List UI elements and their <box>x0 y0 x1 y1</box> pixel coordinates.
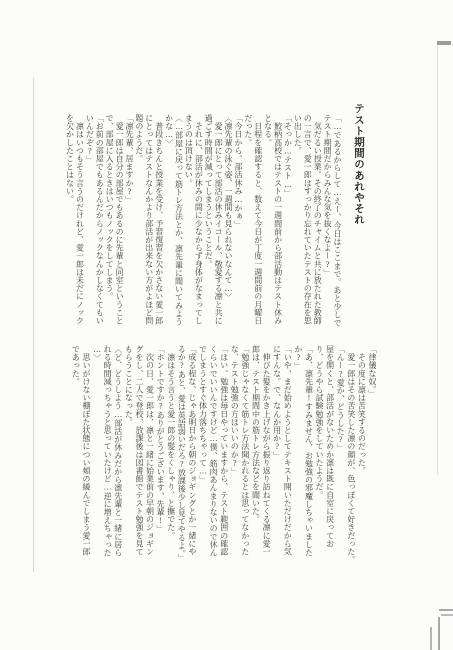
text-line: 屋を開くと、部活がないためか凛は既に自室に戻ってお <box>324 345 335 585</box>
text-line: くらいでいいんですけど…僕、筋肉あんまりないので休ん <box>208 345 219 585</box>
text-line: 普段きちんと授業を受け、予習復習を欠かさない愛一郎 <box>154 114 164 338</box>
text-line: を欠かしたことはない。 <box>65 114 75 338</box>
text-line: 「あ、凛先輩!すみません、お勉強の邪魔しちゃいました <box>303 345 314 585</box>
text-line: 「ホントですか?ありがとうございます、先輩!」 <box>155 345 166 585</box>
text-line: るか?あと、愛は英語弱いだろ?放課後少し見てやるよ。」 <box>176 345 187 585</box>
text-line: 「はい、勉強は毎日やっていますから、テスト範囲の確認 <box>218 345 229 585</box>
text-line: 「んー?愛か、どうした?」 <box>335 345 346 585</box>
text-line: 次の日、愛一郎は、凛と一緒に始業前の早朝のジョギン <box>144 345 155 585</box>
text-line: 「そっか…テスト…」 <box>283 114 293 338</box>
text-line: の一言で、愛一郎はすっかり忘れていたテストの存在を思 <box>302 114 312 338</box>
text-line: 思いがけない棚ぼた状態につい頬の緩んでしまう愛一郎 <box>80 345 91 585</box>
text-line: 過ごす時間が減ってしまうということだ。 <box>203 114 213 338</box>
lower-text-columns: 「律儀な奴。」 その度に凛は苦笑するのだった。 愛一郎はその苦笑した凛の顔が、色… <box>70 345 377 585</box>
text-line: かな…〉 <box>164 114 174 338</box>
scan-corner-mark <box>430 627 432 650</box>
text-line: 〈凛先輩の泳ぐ姿、一週間も見られないなんて…〉 <box>223 114 233 338</box>
text-line: 「凛先輩、居ますか?」 <box>124 114 134 338</box>
text-line: 題のようだ。 <box>134 114 144 338</box>
story-title: テスト期間のあれやそれ <box>350 103 366 338</box>
text-line: 凛はいつもそう言うのだけれど、愛一郎は未だにノック <box>75 114 85 338</box>
scan-corner-mark <box>439 609 453 611</box>
scan-edge-line-left <box>33 78 34 572</box>
text-line: り、どうやら試験勉強をしていたようだ。 <box>313 345 324 585</box>
upper-text-band: テスト期間のあれやそれ 「…であるからして…えー、今日はここまで。あと少しでテス… <box>65 103 372 338</box>
text-line: 「成る程な、じゃあ明日から朝のジョギングとか一緒にや <box>186 345 197 585</box>
text-line: 「勉強じゃなくて筋トレ方法聞かれるとは思ってなかった <box>239 345 250 585</box>
text-line: グをし、二人で登校、放課後は図書館でテスト勉強を見て <box>133 345 144 585</box>
text-line: にすんな。で、なんか用か?」 <box>271 345 282 585</box>
text-line: い出した。 <box>292 114 302 338</box>
text-line: れる時間減っちゃうと思っていたけど…逆に増えちゃった <box>102 345 113 585</box>
text-line: 愛一郎はその苦笑した凛の顔が、色っぽくて好きだった。 <box>345 345 356 585</box>
text-line: となる。 <box>263 114 273 338</box>
text-line: 伸びた髪をかき上げながら振り返り訪ねてくる凛に愛一 <box>260 345 271 585</box>
text-line: その度に凛は苦笑するのだった。 <box>356 345 367 585</box>
lower-text-band: 「律儀な奴。」 その度に凛は苦笑するのだった。 愛一郎はその苦笑した凛の顔が、色… <box>70 345 377 585</box>
text-line: 愛一郎にとって部活の休みイコール、敬愛する凛と共に <box>213 114 223 338</box>
text-line: 「お前の部屋でもあるんだからノックなんかしなくてもい <box>94 114 104 338</box>
text-line: だった。 <box>243 114 253 338</box>
manuscript-page: テスト期間のあれやそれ 「…であるからして…えー、今日はここまで。あと少しでテス… <box>0 0 453 650</box>
text-line: であった。 <box>70 345 81 585</box>
text-line: 愛一郎は自分の部屋でもあるのに先輩と同室ということ <box>114 114 124 338</box>
text-line: …〉 <box>91 345 102 585</box>
text-line: もらうことになった。 <box>123 345 134 585</box>
text-line: 「いや、まだ始めようとしてテキスト開いただけだから気 <box>282 345 293 585</box>
text-line: 鮫柄高校ではテストの一週間前から部活動はテスト休み <box>273 114 283 338</box>
scan-corner-mark <box>438 617 440 650</box>
text-line: か?」 <box>292 345 303 585</box>
scan-mark-top-right <box>437 41 451 45</box>
text-line: いんだぞ?」 <box>84 114 94 338</box>
text-line: 〈ど、どうしよう…部活が休みだから凛先輩と一緒に居ら <box>112 345 123 585</box>
text-line: 「…であるからして…えー、今日はここまで。あと少しで <box>332 114 342 338</box>
text-line: 気だるい授業。その終了のチャイムと共に放たれた教師 <box>312 114 322 338</box>
scan-edge-line-right <box>437 45 438 475</box>
text-line: 日程を確認すると、数えて今日が丁度一週間前の月曜日 <box>253 114 263 338</box>
text-line: にとってはテストなんかより部活が出来ない方がよほど問 <box>144 114 154 338</box>
text-line: テスト期間だからみんな気を抜くなよー?」 <box>322 114 332 338</box>
text-line: でしまうとすぐ体力落ちちゃって…」 <box>197 345 208 585</box>
text-line: な、テスト勉強の方はいいのか?」 <box>229 345 240 585</box>
scan-corner-mark <box>441 614 453 616</box>
text-line: まうのは頂けない。 <box>184 114 194 338</box>
text-line: それに、部活が休みの間に少なからず身体がなまってし <box>193 114 203 338</box>
text-line: で、部屋に入るときはいつもノックをしてしまう。 <box>104 114 114 338</box>
text-line: 郎は、テスト期間中の筋トレ方法などを聞いた。 <box>250 345 261 585</box>
text-line: 凛はそう言うと愛一郎の髪をくしゃり、と撫でた。 <box>165 345 176 585</box>
text-line: 「律儀な奴。」 <box>366 345 377 585</box>
text-line: 「今日から、部活休み…かぁ」 <box>233 114 243 338</box>
upper-text-columns: 「…であるからして…えー、今日はここまで。あと少しでテスト期間だからみんな気を抜… <box>65 103 342 338</box>
text-line: 〈…部屋に戻って筋トレ方法とか、凛先輩に聞いてみよう <box>174 114 184 338</box>
